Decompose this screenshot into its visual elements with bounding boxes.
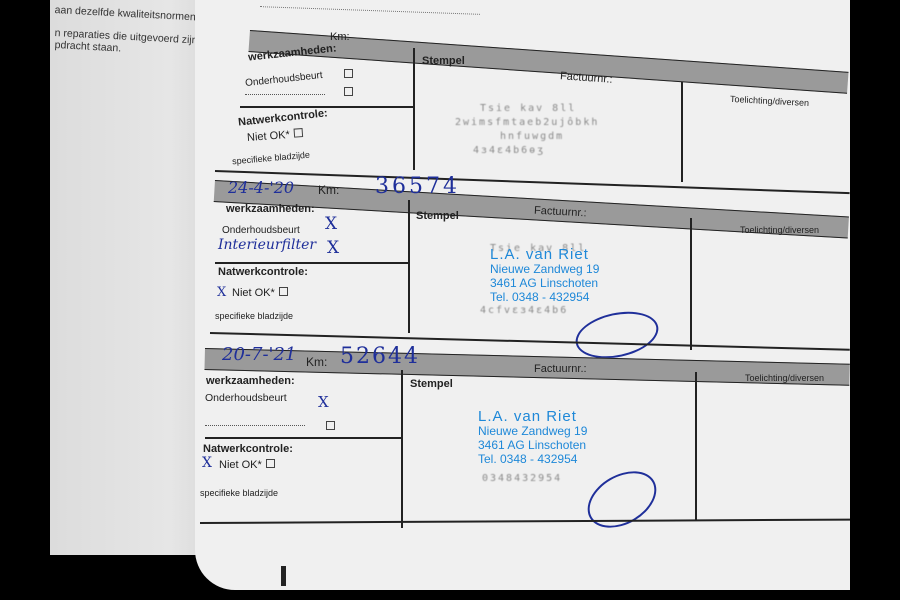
column-divider: [413, 48, 415, 170]
dealer-stamp: L.A. van Riet Nieuwe Zandweg 19 3461 AG …: [478, 410, 587, 466]
column-divider: [690, 218, 692, 350]
carbon-imprint: 2wimsfmtaeb2ujôbkh: [455, 117, 599, 128]
km-label: Km:: [318, 183, 339, 197]
page-marker: [281, 566, 286, 586]
stamp-street: Nieuwe Zandweg 19: [490, 262, 599, 276]
stamp-phone: Tel. 0348 - 432954: [478, 452, 587, 466]
not-ok-label: Niet OK*: [219, 459, 275, 471]
carbon-imprint: 0348432954: [482, 473, 562, 484]
column-divider: [681, 82, 683, 182]
check-mark: X: [318, 393, 329, 411]
stamp-city: 3461 AG Linschoten: [490, 276, 599, 290]
carbon-imprint: hnfuwgdm: [500, 131, 564, 142]
checkbox[interactable]: [344, 69, 353, 78]
check-mark: X: [327, 238, 339, 258]
aftercheck-label: Natwerkcontrole:: [203, 443, 293, 455]
divider: [240, 106, 415, 108]
notes-label: Toelichting/diversen: [740, 225, 819, 235]
stamp-phone: Tel. 0348 - 432954: [490, 290, 599, 304]
ok-mark: X: [202, 455, 212, 471]
stamp-city: 3461 AG Linschoten: [478, 438, 587, 452]
checkbox[interactable]: [344, 87, 353, 96]
column-divider: [695, 372, 697, 520]
checkbox[interactable]: [326, 421, 335, 430]
carbon-imprint: 4cfvɛɜ4ɛ4b6: [480, 305, 568, 316]
work-label: werkzaamheden:: [206, 375, 295, 387]
dotted-line: [205, 425, 305, 426]
not-ok-label: Niet OK*: [232, 287, 288, 299]
handwritten-item: Interieurfilter: [218, 237, 316, 253]
check-mark: X: [325, 214, 337, 234]
stamp-name: L.A. van Riet: [490, 248, 599, 262]
ok-mark: X: [217, 285, 226, 300]
work-label: werkzaamheden:: [226, 203, 315, 215]
carbon-imprint: Tsie kav 8ll: [480, 103, 576, 114]
stamp-name: L.A. van Riet: [478, 410, 587, 424]
stamp-label: Stempel: [410, 378, 453, 390]
entry-date: 20-7-'21: [222, 344, 296, 365]
maintenance-label: Onderhoudsbeurt: [205, 392, 287, 404]
km-value: 36574: [375, 174, 460, 199]
carbon-imprint: 4ɜ4ɛ4b6ɵʒ: [473, 145, 545, 156]
stamp-label: Stempel: [416, 210, 459, 222]
stamp-label: Stempel: [422, 55, 465, 67]
dealer-stamp: L.A. van Riet Nieuwe Zandweg 19 3461 AG …: [490, 248, 599, 304]
divider: [205, 437, 402, 439]
specific-page-label: specifieke bladzijde: [200, 488, 278, 498]
invoice-label: Factuurnr.:: [534, 363, 587, 375]
stamp-street: Nieuwe Zandweg 19: [478, 424, 587, 438]
km-label: Km:: [306, 355, 327, 369]
km-label: Km:: [330, 31, 350, 43]
km-value: 52644: [340, 344, 420, 369]
dotted-line: [245, 94, 325, 95]
specific-page-label: specifieke bladzijde: [215, 311, 293, 321]
divider: [215, 262, 410, 264]
maintenance-label: Onderhoudsbeurt: [222, 225, 300, 236]
entry-date: 24-4-'20: [228, 178, 294, 197]
notes-label: Toelichting/diversen: [745, 373, 824, 383]
column-divider: [401, 370, 403, 528]
aftercheck-label: Natwerkcontrole:: [218, 266, 308, 278]
column-divider: [408, 200, 410, 333]
